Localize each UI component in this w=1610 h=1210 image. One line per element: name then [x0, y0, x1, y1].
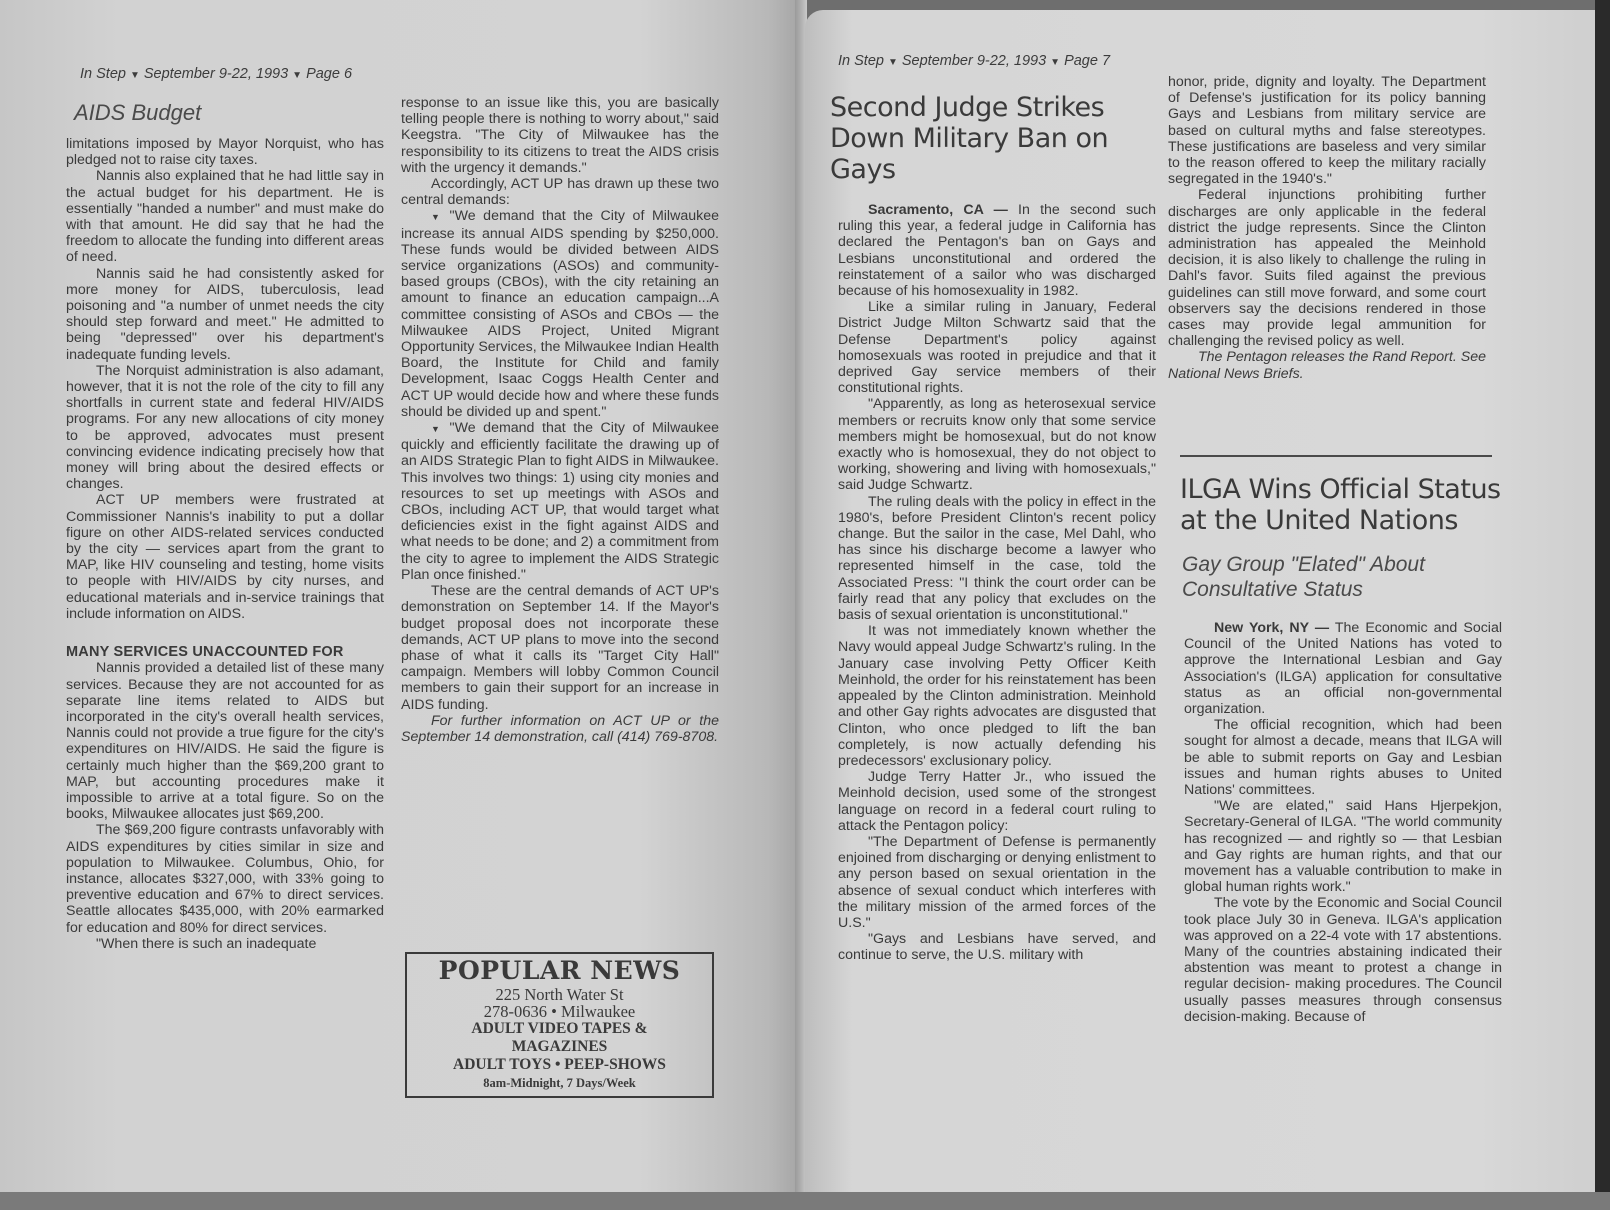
article-column-4: honor, pride, dignity and loyalty. The D…: [1168, 74, 1486, 382]
ad-line: ADULT VIDEO TAPES &: [407, 1020, 712, 1038]
page-number: Page 6: [306, 66, 352, 82]
paragraph: Sacramento, CA — In the second such ruli…: [838, 202, 1156, 299]
magazine-spread: In Step▼September 9-22, 1993▼Page 6 AIDS…: [0, 0, 1610, 1210]
page-number: Page 7: [1064, 53, 1110, 69]
paragraph: "The Department of Defense is permanentl…: [838, 834, 1156, 931]
bottom-edge: [0, 1192, 1610, 1210]
ad-address: 225 North Water St: [407, 986, 712, 1003]
ad-business-name: POPULAR NEWS: [407, 956, 712, 986]
paragraph: ACT UP members were frustrated at Commis…: [66, 492, 384, 622]
section-title: AIDS Budget: [74, 100, 201, 126]
related-note: The Pentagon releases the Rand Report. S…: [1168, 349, 1486, 381]
bullet-triangle-icon: ▼: [431, 424, 444, 434]
dateline: Sacramento, CA —: [868, 202, 1008, 218]
article-column-2: response to an issue like this, you are …: [401, 95, 719, 745]
paragraph: The Norquist administration is also adam…: [66, 363, 384, 493]
paragraph: Nannis also explained that he had little…: [66, 168, 384, 265]
paragraph: Accordingly, ACT UP has drawn up these t…: [401, 176, 719, 208]
bullet-triangle-icon: ▼: [431, 212, 444, 222]
bullet-paragraph: ▼"We demand that the City of Milwaukee i…: [401, 208, 719, 420]
down-triangle-icon: ▼: [292, 70, 302, 81]
paragraph: response to an issue like this, you are …: [401, 95, 719, 176]
headline-military-ban: Second Judge Strikes Down Military Ban o…: [830, 92, 1150, 185]
running-head-right: In Step▼September 9-22, 1993▼Page 7: [838, 53, 1110, 69]
subhead: MANY SERVICES UNACCOUNTED FOR: [66, 644, 384, 660]
paragraph: honor, pride, dignity and loyalty. The D…: [1168, 74, 1486, 187]
bullet-paragraph: ▼"We demand that the City of Milwaukee q…: [401, 420, 719, 583]
paragraph: "We are elated," said Hans Hjerpekjon, S…: [1184, 798, 1502, 895]
paragraph: New York, NY — The Economic and Social C…: [1184, 620, 1502, 717]
publication-name: In Step: [838, 53, 884, 69]
paragraph: The vote by the Economic and Social Coun…: [1184, 895, 1502, 1025]
paragraph: "Gays and Lesbians have served, and cont…: [838, 931, 1156, 963]
article-column-3: Sacramento, CA — In the second such ruli…: [838, 202, 1156, 964]
paragraph: "When there is such an inadequate: [66, 936, 384, 952]
publication-name: In Step: [80, 66, 126, 82]
advertisement-box: POPULAR NEWS 225 North Water St 278-0636…: [405, 952, 714, 1098]
paragraph: "Apparently, as long as heterosexual ser…: [838, 396, 1156, 493]
paragraph: Nannis said he had consistently asked fo…: [66, 266, 384, 363]
ad-phone: 278-0636 • Milwaukee: [407, 1003, 712, 1020]
ad-line: MAGAZINES: [407, 1038, 712, 1056]
paragraph: The official recognition, which had been…: [1184, 717, 1502, 798]
issue-date: September 9-22, 1993: [902, 53, 1046, 69]
paragraph: Like a similar ruling in January, Federa…: [838, 299, 1156, 396]
ad-hours: 8am-Midnight, 7 Days/Week: [407, 1074, 712, 1092]
down-triangle-icon: ▼: [130, 70, 140, 81]
paragraph: Judge Terry Hatter Jr., who issued the M…: [838, 769, 1156, 834]
paragraph: Nannis provided a detailed list of these…: [66, 660, 384, 822]
bullet-text: "We demand that the City of Milwaukee in…: [401, 208, 719, 419]
bullet-text: "We demand that the City of Milwaukee qu…: [401, 420, 719, 583]
down-triangle-icon: ▼: [1050, 57, 1060, 68]
ad-line: ADULT TOYS • PEEP-SHOWS: [407, 1056, 712, 1074]
page-edge: [1595, 0, 1610, 1210]
paragraph: The $69,200 figure contrasts unfavorably…: [66, 822, 384, 935]
paragraph: These are the central demands of ACT UP'…: [401, 583, 719, 713]
article-divider: [1180, 455, 1492, 457]
article-column-5: New York, NY — The Economic and Social C…: [1184, 620, 1502, 1025]
contact-note: For further information on ACT UP or the…: [401, 713, 719, 745]
article-column-1: limitations imposed by Mayor Norquist, w…: [66, 136, 384, 952]
deck-subheadline: Gay Group "Elated" About Consultative St…: [1182, 552, 1492, 602]
paragraph: Federal injunctions prohibiting further …: [1168, 187, 1486, 349]
down-triangle-icon: ▼: [888, 57, 898, 68]
headline-ilga: ILGA Wins Official Status at the United …: [1180, 474, 1510, 536]
dateline: New York, NY —: [1214, 620, 1329, 636]
paragraph: limitations imposed by Mayor Norquist, w…: [66, 136, 384, 168]
issue-date: September 9-22, 1993: [144, 66, 288, 82]
paragraph: It was not immediately known whether the…: [838, 623, 1156, 769]
paragraph: The ruling deals with the policy in effe…: [838, 494, 1156, 624]
running-head-left: In Step▼September 9-22, 1993▼Page 6: [80, 66, 352, 82]
